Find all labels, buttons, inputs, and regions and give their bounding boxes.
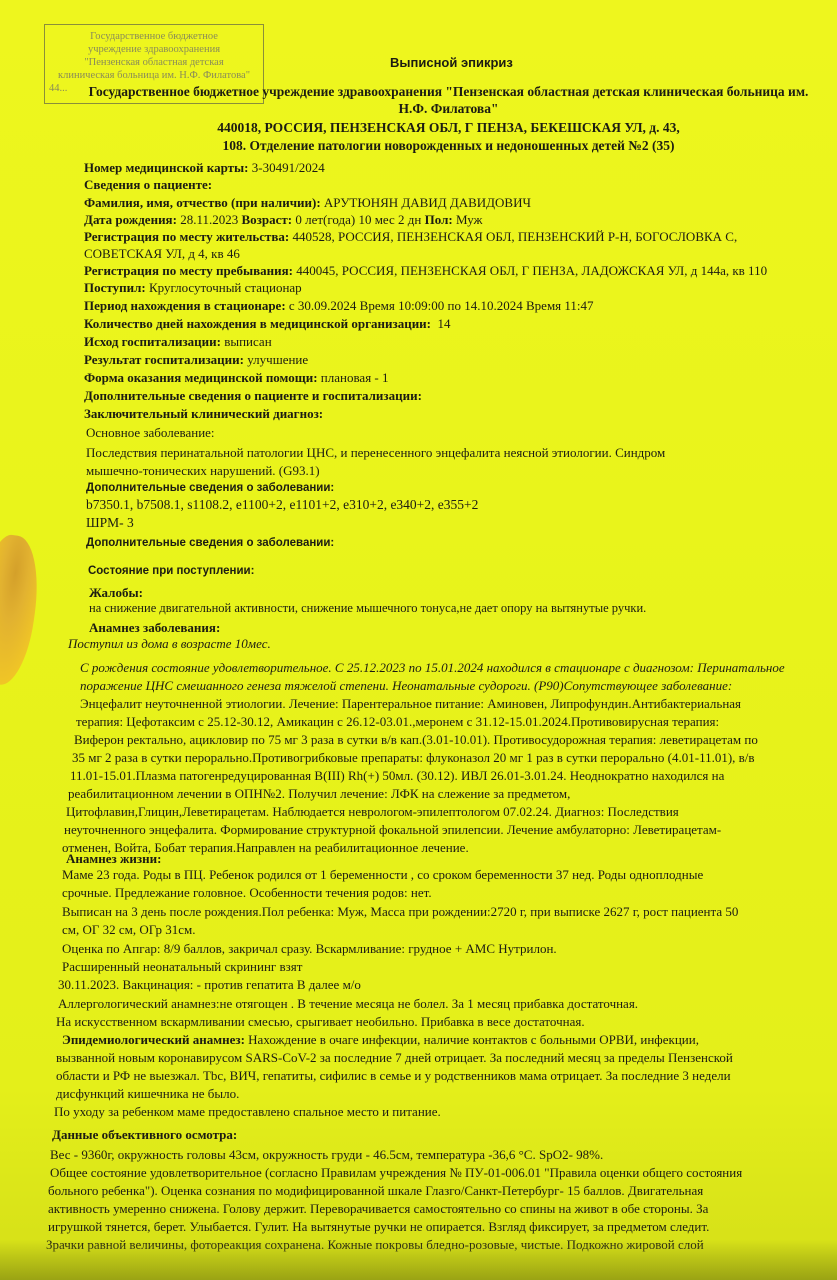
field-value: 0 лет(года) 10 мес 2 дн [295, 212, 421, 227]
field-value: 14 [438, 316, 451, 331]
text-line: С рождения состояние удовлетворительное.… [80, 660, 785, 676]
hospital-period: Период нахождения в стационаре: с 30.09.… [84, 298, 594, 314]
hospital-days: Количество дней нахождения в медицинской… [84, 316, 451, 332]
text-line: поражение ЦНС смешанного генеза тяжелой … [80, 678, 732, 694]
life-history-label: Анамнез жизни: [66, 851, 161, 867]
residence-registration-cont: СОВЕТСКАЯ УЛ, д 4, кв 46 [84, 246, 240, 262]
hospitalization-result: Результат госпитализации: улучшение [84, 352, 308, 368]
field-value: с 30.09.2024 Время 10:09:00 по 14.10.202… [289, 298, 594, 313]
field-label: Номер медицинской карты: [84, 160, 249, 175]
text-line: На искусственном вскармливании смесью, с… [56, 1014, 585, 1030]
epid-history: Эпидемиологический анамнез: Нахождение в… [62, 1032, 699, 1048]
extra-patient-info: Дополнительные сведения о пациенте и гос… [84, 388, 422, 404]
field-label: Дата рождения: [84, 212, 177, 227]
complaints-label: Жалобы: [89, 585, 143, 601]
field-label: Анамнез заболевания: [89, 620, 220, 635]
text-line: Оценка по Апгар: 8/9 баллов, закричал ср… [62, 941, 557, 957]
text-line: Маме 23 года. Роды в ПЦ. Ребенок родился… [62, 867, 703, 883]
field-label: Регистрация по месту пребывания: [84, 263, 293, 278]
field-label: Результат госпитализации: [84, 352, 244, 367]
field-value: 440528, РОССИЯ, ПЕНЗЕНСКАЯ ОБЛ, ПЕНЗЕНСК… [293, 229, 738, 244]
thumb-holding-page [0, 532, 45, 688]
main-disease-label: Основное заболевание: [86, 425, 215, 441]
text-line: Вес - 9360г, окружность головы 43см, окр… [50, 1147, 603, 1163]
stamp-line: клиническая больница им. Н.Ф. Филатова" [45, 69, 263, 82]
field-label: Анамнез жизни: [66, 851, 161, 866]
field-label: Поступил: [84, 280, 146, 295]
section-heading: Заключительный клинический диагноз: [84, 406, 323, 421]
text-line: реабилитационном лечении в ОПН№2. Получи… [68, 786, 570, 802]
text-line: срочные. Предлежание головное. Особеннос… [62, 885, 432, 901]
text-line: Поступил из дома в возрасте 10мес. [68, 636, 271, 652]
field-value: Нахождение в очаге инфекции, наличие кон… [248, 1032, 699, 1047]
field-label: Пол: [425, 212, 453, 227]
field-label: Период нахождения в стационаре: [84, 298, 286, 313]
field-label: Количество дней нахождения в медицинской… [84, 316, 431, 331]
stay-registration: Регистрация по месту пребывания: 440045,… [84, 263, 767, 279]
patient-dob-age-sex: Дата рождения: 28.11.2023 Возраст: 0 лет… [84, 212, 483, 228]
text-line: Выписан на 3 день после рождения.Пол реб… [62, 904, 738, 920]
field-value: 440045, РОССИЯ, ПЕНЗЕНСКАЯ ОБЛ, Г ПЕНЗА,… [296, 263, 767, 278]
icf-codes: b7350.1, b7508.1, s1108.2, e1100+2, e110… [86, 497, 478, 513]
text-line: больного ребенка"). Оценка сознания по м… [48, 1183, 703, 1199]
care-form: Форма оказания медицинской помощи: плано… [84, 370, 389, 386]
rehab-scale: ШРМ- 3 [86, 515, 134, 531]
text-line: терапия: Цефотаксим с 25.12-30.12, Амика… [76, 714, 719, 730]
section-heading: Сведения о пациенте: [84, 177, 212, 192]
field-value: выписан [224, 334, 271, 349]
field-value: 28.11.2023 [180, 212, 238, 227]
text-line: активность умеренно снижена. Голову держ… [48, 1201, 708, 1217]
text-line: 35 мг 2 раза в сутки перорально.Противог… [72, 750, 755, 766]
text-line: вызванной новым коронавирусом SARS-CoV-2… [56, 1050, 733, 1066]
main-disease-text: Последствия перинатальной патологии ЦНС,… [86, 445, 665, 461]
final-diagnosis-heading: Заключительный клинический диагноз: [84, 406, 323, 422]
residence-registration: Регистрация по месту жительства: 440528,… [84, 229, 737, 245]
text-line: По уходу за ребенком маме предоставлено … [54, 1104, 441, 1120]
field-label: Данные объективного осмотра: [52, 1127, 237, 1142]
text-line: Расширенный неонатальный скрининг взят [62, 959, 302, 975]
field-label: Дополнительные сведения о пациенте и гос… [84, 388, 422, 403]
field-label: Регистрация по месту жительства: [84, 229, 289, 244]
text-line: см, ОГ 32 см, ОГр 31см. [62, 922, 195, 938]
medical-card-number: Номер медицинской карты: 3-30491/2024 [84, 160, 325, 176]
stamp-line: "Пензенская областная детская [45, 56, 263, 69]
exam-label: Данные объективного осмотра: [52, 1127, 237, 1143]
stamp-line: учреждение здравоохранения [45, 43, 263, 56]
patient-info-heading: Сведения о пациенте: [84, 177, 212, 193]
field-label: Исход госпитализации: [84, 334, 221, 349]
text-line: игрушкой тянется, берет. Улыбается. Гули… [48, 1219, 709, 1235]
extra-disease-info-label: Дополнительные сведения о заболевании: [86, 482, 334, 494]
disease-history-label: Анамнез заболевания: [89, 620, 220, 636]
field-value: АРУТЮНЯН ДАВИД ДАВИДОВИЧ [324, 195, 531, 210]
stamp-line: Государственное бюджетное [45, 30, 263, 43]
admitted-type: Поступил: Круглосуточный стационар [84, 280, 302, 296]
department: 108. Отделение патологии новорожденных и… [60, 138, 837, 154]
admission-state-heading: Состояние при поступлении: [88, 565, 254, 577]
complaints-text: на снижение двигательной активности, сни… [89, 601, 646, 616]
institution-name: Государственное бюджетное учреждение здр… [60, 84, 837, 100]
hospitalization-outcome: Исход госпитализации: выписан [84, 334, 272, 350]
field-label: Жалобы: [89, 585, 143, 600]
institution-address: 440018, РОССИЯ, ПЕНЗЕНСКАЯ ОБЛ, Г ПЕНЗА,… [60, 120, 837, 136]
text-line: Энцефалит неуточненной этиологии. Лечени… [80, 696, 741, 712]
text-line: 11.01-15.01.Плазма патогенредуцированная… [70, 768, 724, 784]
field-label: Форма оказания медицинской помощи: [84, 370, 318, 385]
field-value: улучшение [247, 352, 308, 367]
text-line: дисфункций кишечника не было. [56, 1086, 239, 1102]
main-disease-text-cont: мышечно-тонических нарушений. (G93.1) [86, 463, 320, 479]
field-value: 3-30491/2024 [252, 160, 325, 175]
text-line: Виферон ректально, ацикловир по 75 мг 3 … [74, 732, 758, 748]
field-label: Эпидемиологический анамнез: [62, 1032, 245, 1047]
text-line: области и РФ не выезжал. Tbc, ВИЧ, гепат… [56, 1068, 731, 1084]
text-line: Аллергологический анамнез:не отягощен . … [58, 996, 638, 1012]
field-label: Возраст: [241, 212, 292, 227]
field-value: Круглосуточный стационар [149, 280, 302, 295]
text-line: Цитофлавин,Глицин,Леветирацетам. Наблюда… [66, 804, 679, 820]
field-label: Фамилия, имя, отчество (при наличии): [84, 195, 321, 210]
text-line: 30.11.2023. Вакцинация: - против гепатит… [58, 977, 361, 993]
patient-name: Фамилия, имя, отчество (при наличии): АР… [84, 195, 531, 211]
text-line: неуточненного энцефалита. Формирование с… [64, 822, 721, 838]
document-page: Государственное бюджетное учреждение здр… [0, 0, 837, 1280]
institution-name-cont: Н.Ф. Филатова" [60, 101, 837, 117]
text-line: Зрачки равной величины, фотореакция сохр… [46, 1237, 704, 1253]
document-title: Выписной эпикриз [390, 55, 513, 70]
text-line: Общее состояние удовлетворительное (согл… [50, 1165, 742, 1181]
field-value: Муж [456, 212, 483, 227]
extra-disease-info-label-2: Дополнительные сведения о заболевании: [86, 537, 334, 549]
field-value: плановая - 1 [321, 370, 389, 385]
institution-line-1: Государственное бюджетное учреждение здр… [89, 84, 809, 99]
